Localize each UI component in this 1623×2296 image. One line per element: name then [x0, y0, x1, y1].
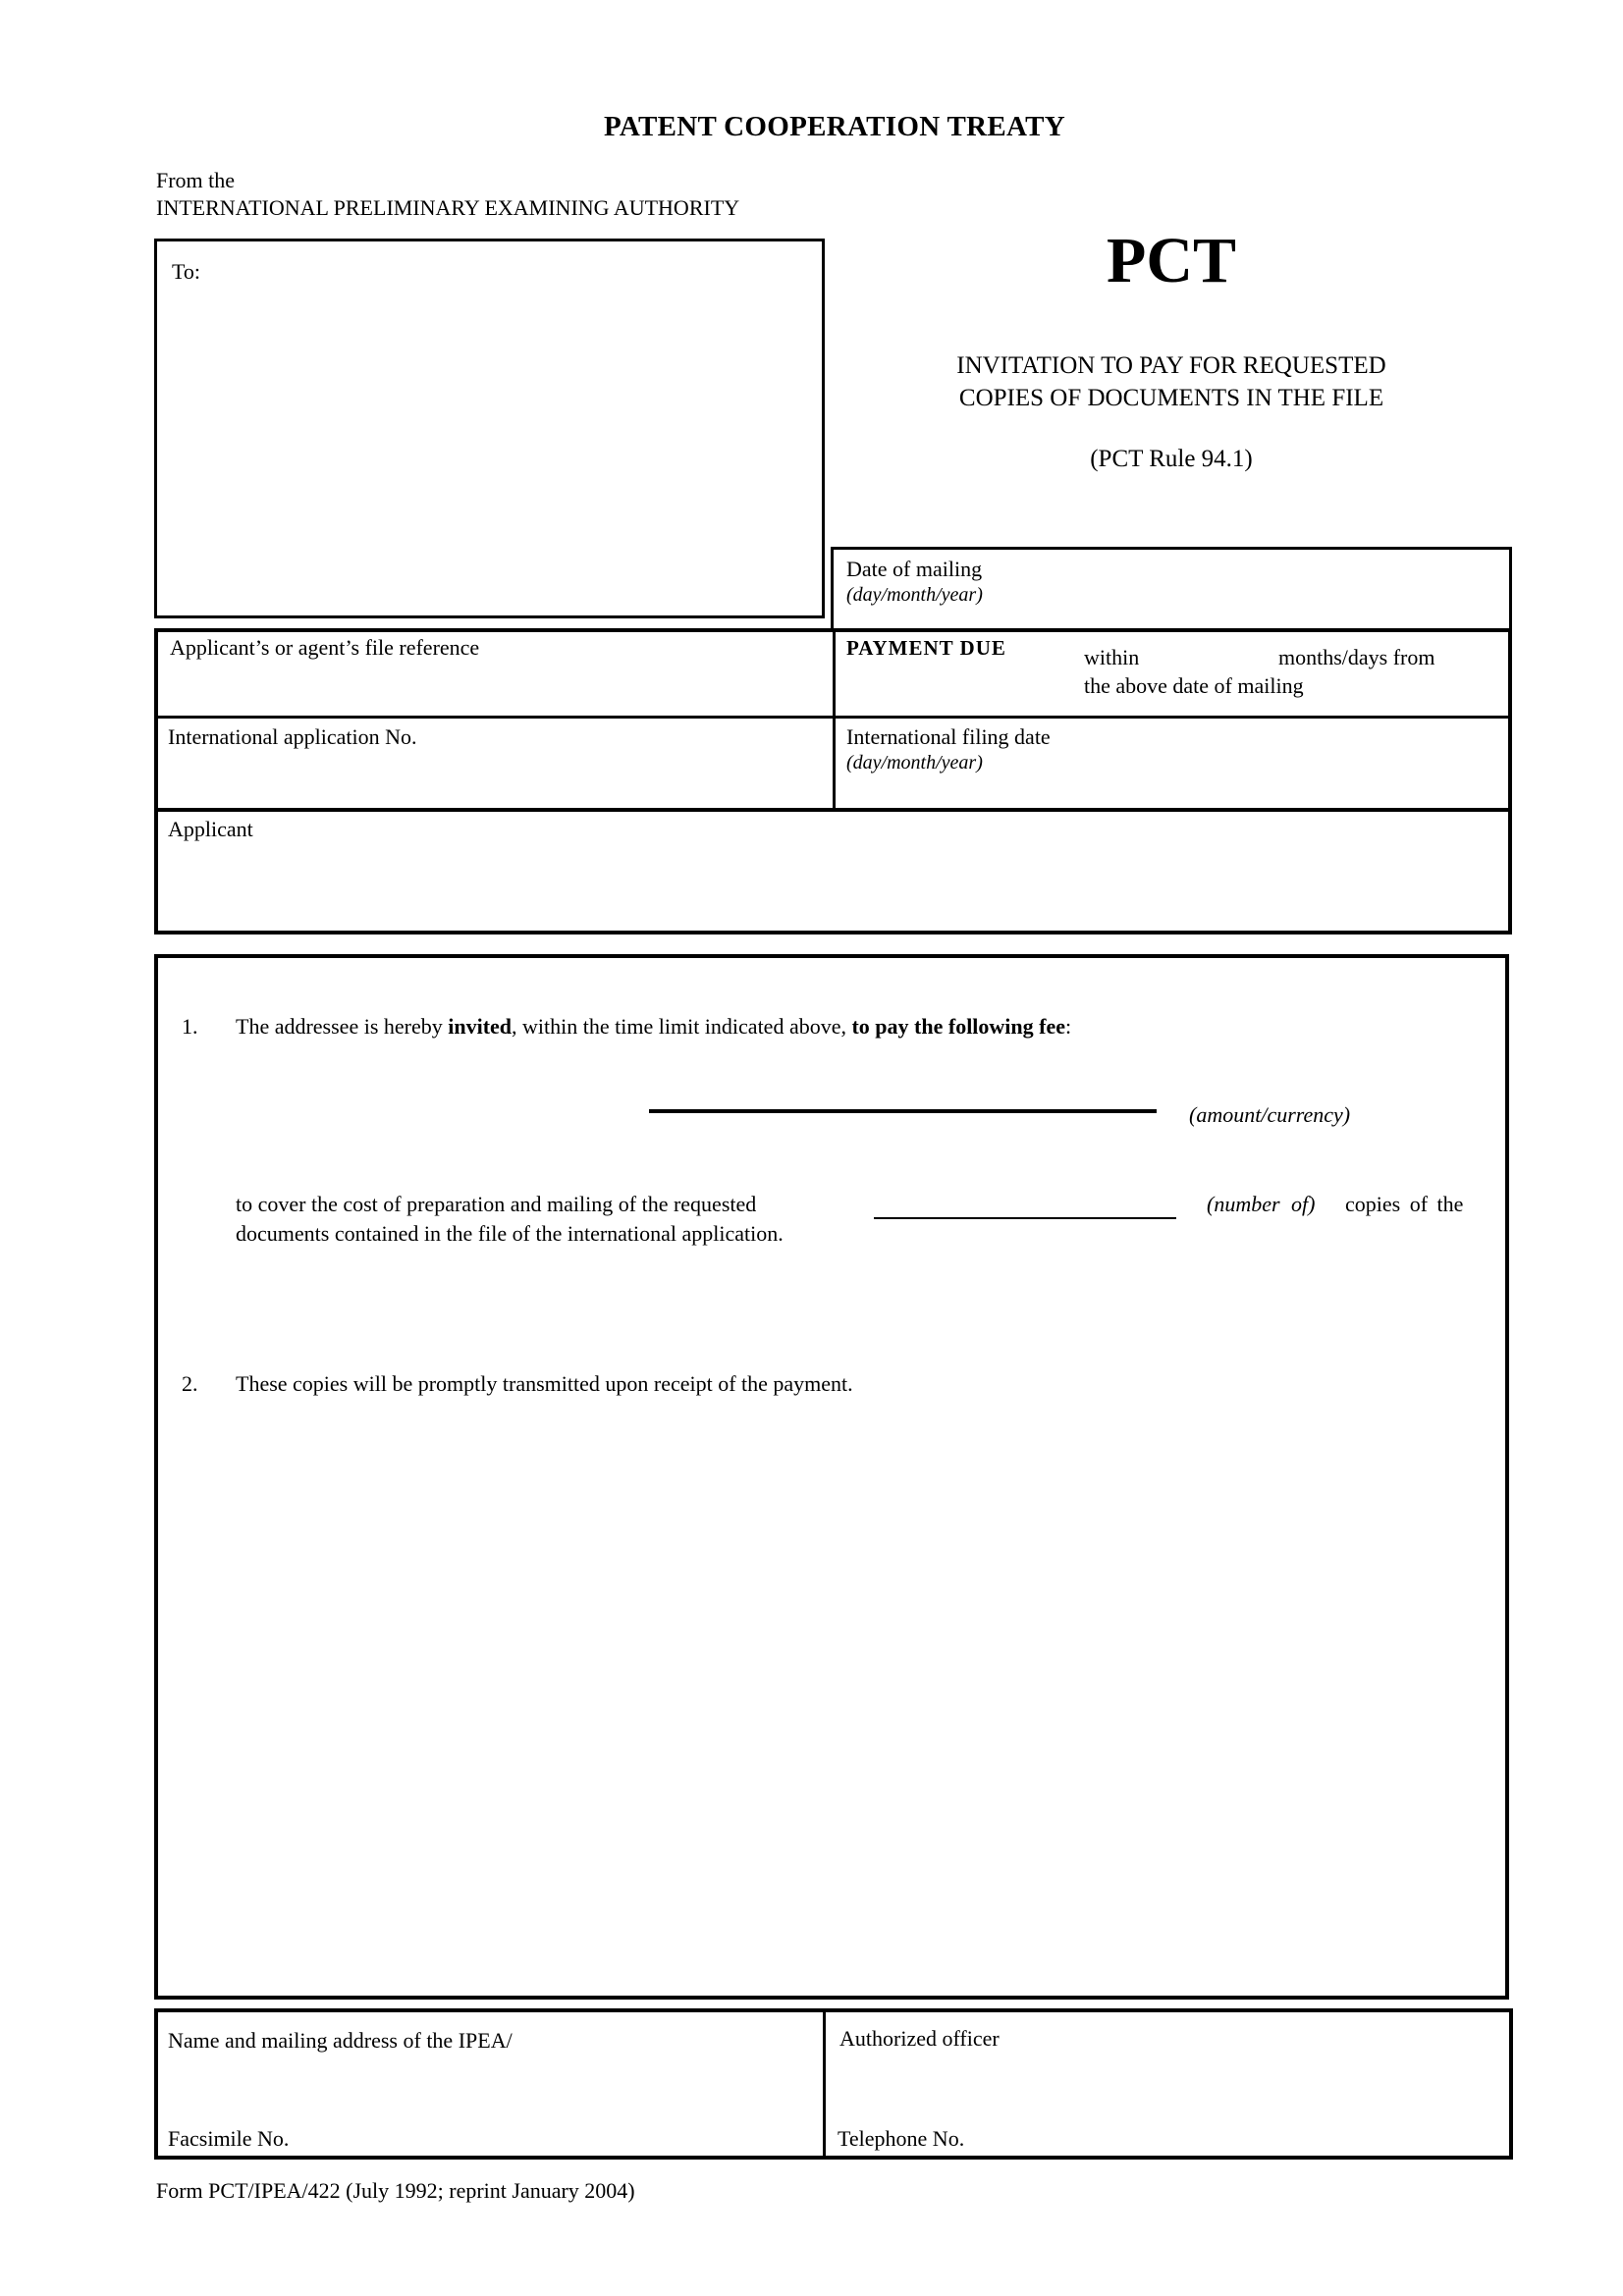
rule-reference: (PCT Rule 94.1)	[832, 447, 1511, 472]
authorized-officer-field[interactable]: Authorized officer Telephone No.	[826, 2012, 1509, 2156]
payment-due-field[interactable]: PAYMENT DUE within months/days from the …	[836, 632, 1508, 716]
addressee-box[interactable]: To:	[154, 239, 825, 618]
item-1-text: The addressee is hereby invited, within …	[236, 1014, 1071, 1040]
telephone-label: Telephone No.	[838, 2126, 964, 2152]
payment-due-label: PAYMENT DUE	[846, 635, 1006, 661]
copies-of-the: copies of the	[1345, 1192, 1463, 1217]
number-of-copies-input[interactable]	[874, 1186, 1176, 1219]
file-reference-label: Applicant’s or agent’s file reference	[170, 635, 479, 661]
form-title-line2: COPIES OF DOCUMENTS IN THE FILE	[832, 382, 1511, 414]
amount-currency-label: (amount/currency)	[1189, 1102, 1350, 1128]
item-1-invited: invited	[448, 1014, 512, 1039]
item-1-text-c: , within the time limit indicated above,	[512, 1014, 851, 1039]
form-identifier: Form PCT/IPEA/422 (July 1992; reprint Ja…	[156, 2178, 635, 2204]
ipea-address-label: Name and mailing address of the IPEA/	[168, 2028, 513, 2054]
international-filing-date-field[interactable]: International filing date (day/month/yea…	[836, 719, 1508, 808]
treaty-title: PATENT COOPERATION TREATY	[0, 114, 1623, 139]
item-1-pay-fee: to pay the following fee	[851, 1014, 1065, 1039]
facsimile-label: Facsimile No.	[168, 2126, 289, 2152]
form-title: INVITATION TO PAY FOR REQUESTED COPIES O…	[832, 349, 1511, 414]
amount-currency-input[interactable]	[649, 1079, 1157, 1113]
invitation-body: 1. The addressee is hereby invited, with…	[154, 954, 1509, 2000]
applicant-label: Applicant	[168, 817, 253, 842]
date-of-mailing-label: Date of mailing	[846, 557, 982, 582]
international-application-no-field[interactable]: International application No.	[158, 719, 833, 808]
international-application-no-label: International application No.	[168, 724, 417, 750]
date-of-mailing-field[interactable]: Date of mailing (day/month/year)	[831, 547, 1512, 632]
ipea-address-field[interactable]: Name and mailing address of the IPEA/ Fa…	[158, 2012, 823, 2156]
payment-due-within: within	[1084, 645, 1139, 670]
international-filing-date-label: International filing date	[846, 724, 1051, 750]
payment-due-suffix: the above date of mailing	[1084, 673, 1304, 699]
item-2-text: These copies will be promptly transmitte…	[236, 1371, 853, 1397]
item-2-number: 2.	[182, 1371, 198, 1397]
applicant-field[interactable]: Applicant	[158, 812, 1508, 931]
addressee-label: To:	[172, 259, 200, 285]
cover-cost-line2: documents contained in the file of the i…	[236, 1221, 784, 1247]
international-filing-date-hint: (day/month/year)	[846, 750, 983, 775]
authorized-officer-label: Authorized officer	[839, 2026, 1000, 2052]
payment-due-unit: months/days from	[1278, 645, 1435, 670]
form-title-line1: INVITATION TO PAY FOR REQUESTED	[832, 349, 1511, 382]
date-of-mailing-hint: (day/month/year)	[846, 582, 983, 608]
pct-logo: PCT	[832, 224, 1511, 298]
number-of-label: (number of)	[1207, 1192, 1315, 1217]
from-line: From the	[156, 168, 235, 193]
item-1-text-a: The addressee is hereby	[236, 1014, 448, 1039]
item-1-colon: :	[1065, 1014, 1071, 1039]
file-reference-field[interactable]: Applicant’s or agent’s file reference	[158, 632, 833, 716]
cover-cost-line1: to cover the cost of preparation and mai…	[236, 1192, 756, 1217]
authority-name: INTERNATIONAL PRELIMINARY EXAMINING AUTH…	[156, 195, 739, 221]
item-1-number: 1.	[182, 1014, 198, 1040]
